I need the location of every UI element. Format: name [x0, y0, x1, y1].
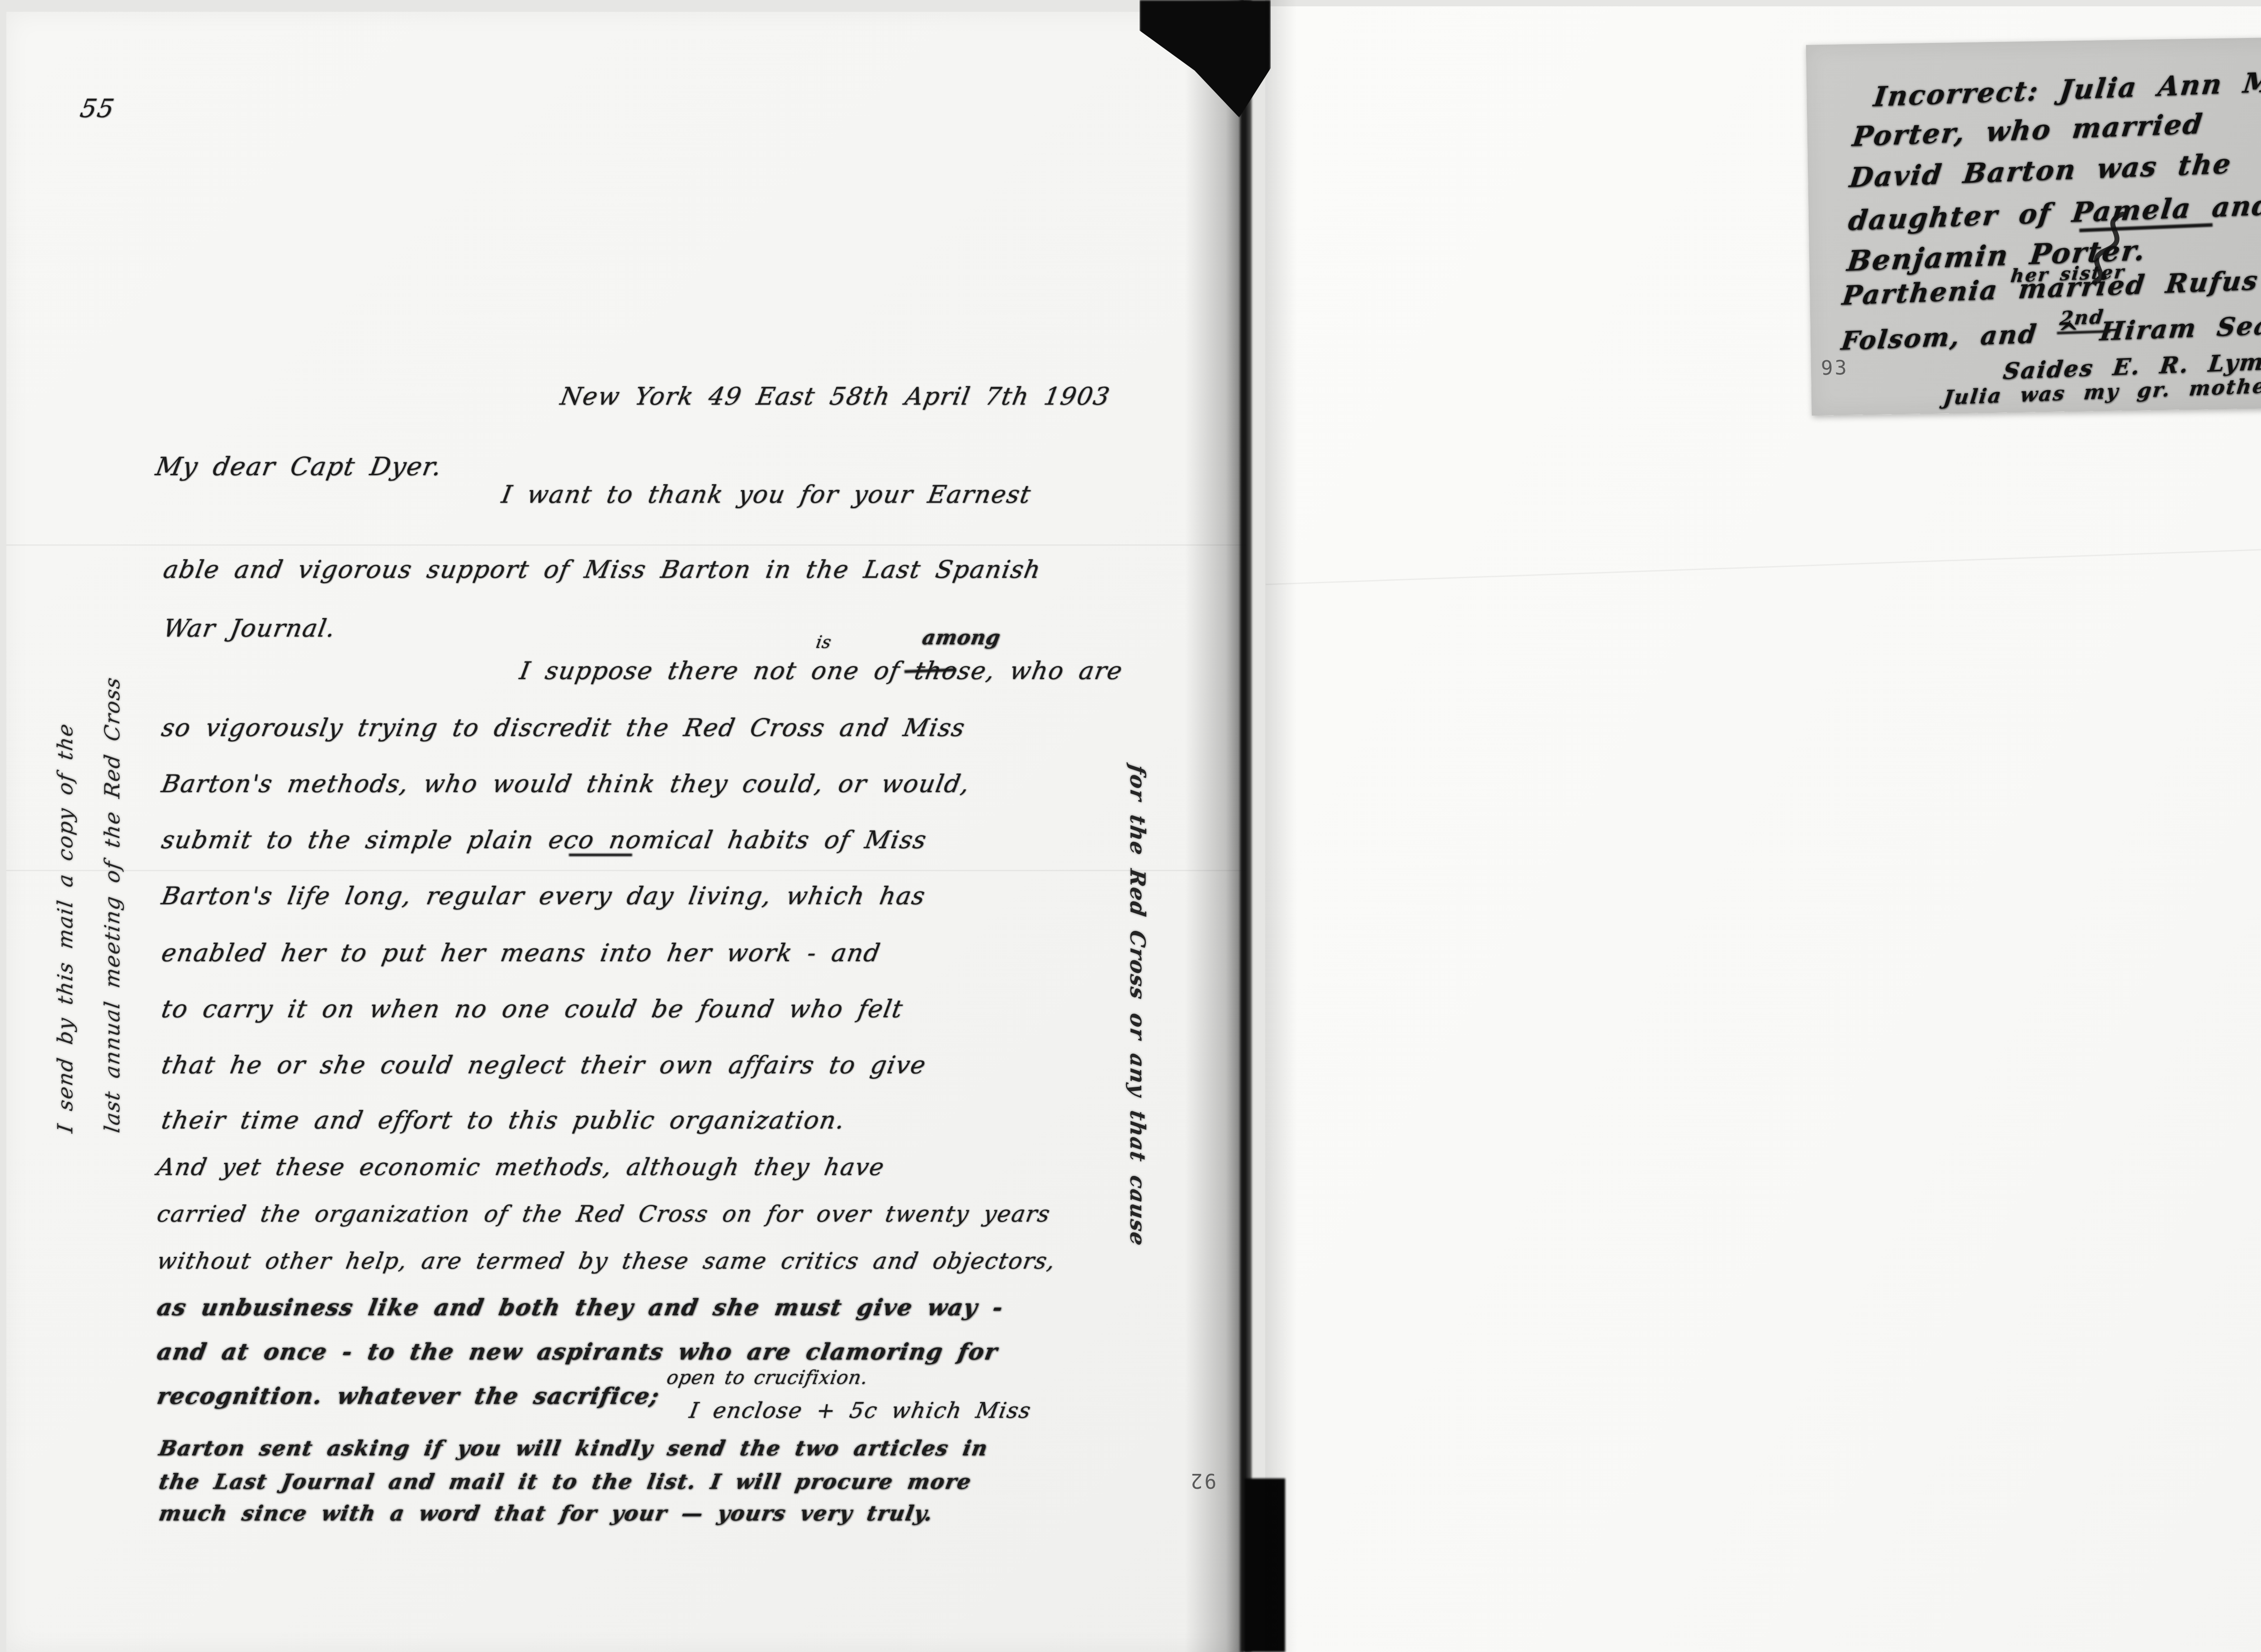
letter-line: among [921, 626, 1003, 649]
letter-line: War Journal. [161, 614, 338, 642]
note-card-line: David Barton was the [1848, 148, 2234, 194]
page-crease [6, 870, 1245, 871]
letter-line: the Last Journal and mail it to the list… [157, 1469, 974, 1494]
letter-line: much since with a word that for your — y… [157, 1501, 935, 1525]
letter-line: My dear Capt Dyer. [153, 452, 445, 481]
letter-line: to carry it on when no one could be foun… [159, 995, 905, 1023]
letter-line: I want to thank you for your Earnest [499, 480, 1033, 509]
margin-note-vertical: I send by this mail a copy of thelast an… [42, 472, 136, 1133]
card-number: 93 [1821, 356, 1849, 380]
margin-note-line: I send by this mail a copy of the [42, 469, 89, 1136]
sheet-stamp-wrap: 92 [1189, 1469, 1216, 1492]
letter-line: Barton's life long, regular every day li… [159, 882, 928, 910]
letter-line: recognition. whatever the sacrifice; [155, 1383, 662, 1409]
sheet-stamp-number: 92 [1189, 1469, 1216, 1492]
note-card-line: Incorrect: Julia Ann Maria [1872, 64, 2261, 113]
note-card-line: Porter, who married [1851, 108, 2205, 153]
letter-line: Barton sent asking if you will kindly se… [157, 1436, 990, 1460]
letter-line: enabled her to put her means into her wo… [159, 939, 883, 967]
page-crease [1266, 541, 2261, 585]
letter-line: without other help, are termed by these … [155, 1248, 1058, 1274]
letter-line: New York 49 East 58th April 7th 1903 [558, 382, 1112, 411]
note-card-line: Folsom, and ^ Hiram Seavey. [1840, 308, 2261, 356]
letter-line: Barton's methods, who would think they c… [159, 769, 972, 798]
ink-stroke [569, 854, 632, 856]
letter-line: I enclose + 5c which Miss [687, 1398, 1033, 1423]
page-number: 55 [78, 94, 117, 123]
letter-line: I suppose there not one of those, who ar… [517, 656, 1125, 685]
flourish-mark [2080, 211, 2153, 284]
page-crease [6, 544, 1245, 546]
letter-line: carried the organization of the Red Cros… [155, 1201, 1053, 1227]
letter-line: as unbusiness like and both they and she… [155, 1294, 1006, 1321]
note-card-line: daughter of Pamela and [1847, 189, 2261, 237]
margin-note-line: last annual meeting of the Red Cross [89, 469, 136, 1136]
note-card: Incorrect: Julia Ann MariaPorter, who ma… [1806, 35, 2261, 416]
book-scan: 55 I send by this mail a copy of thelast… [0, 0, 2261, 1652]
side-note-vertical: for the Red Cross or any that cause [1114, 765, 1161, 1172]
letter-line: so vigorously trying to discredit the Re… [159, 713, 967, 742]
letter-line: able and vigorous support of Miss Barton… [161, 555, 1043, 584]
letter-line: their time and effort to this public org… [159, 1106, 847, 1134]
letter-line: that he or she could neglect their own a… [159, 1051, 928, 1079]
letter-line: submit to the simple plain eco nomical h… [159, 826, 929, 854]
side-note-text: for the Red Cross or any that cause [1114, 762, 1161, 1175]
letter-line: open to crucifixion. [665, 1366, 870, 1388]
letter-line: And yet these economic methods, although… [155, 1154, 887, 1181]
letter-line: and at once - to the new aspirants who a… [155, 1338, 1000, 1365]
